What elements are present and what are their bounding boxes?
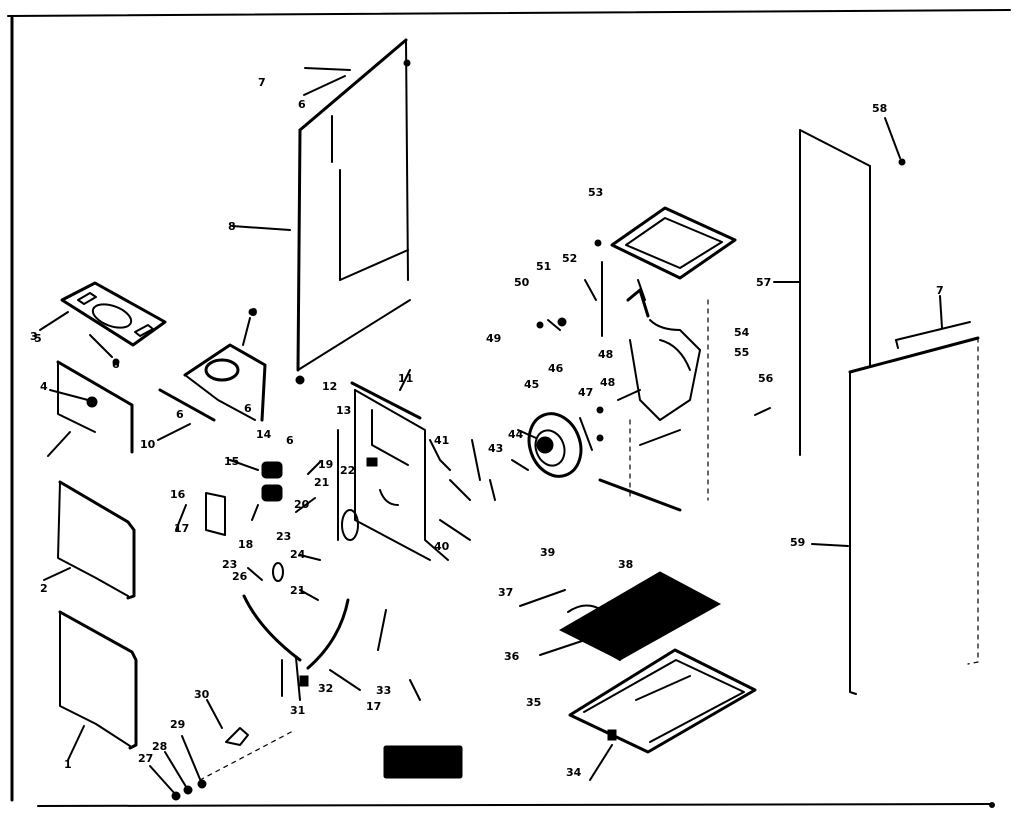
diagram-frame [8,10,1010,808]
callout-c4: 4 [40,380,48,393]
callout-c51: 51 [536,260,551,273]
callout-c54: 54 [734,326,750,339]
callout-c34: 34 [566,766,582,779]
callout-labels: 1234566666778910111213141516171718192021… [30,76,944,779]
callout-c30: 30 [194,688,210,701]
callout-c47: 47 [578,386,593,399]
callout-c6e: 6 [286,434,294,447]
callout-c17b: 17 [366,700,381,713]
callout-c56: 56 [758,372,774,385]
callout-c48a: 48 [598,348,613,361]
callout-c36: 36 [504,650,520,663]
part-burner-grille [520,572,720,660]
callout-c19: 19 [318,458,333,471]
callout-c6b: 6 [112,358,120,371]
callout-c15: 15 [224,455,239,468]
callout-c28: 28 [152,740,167,753]
callout-c2: 2 [40,582,48,595]
callout-c11: 11 [398,372,413,385]
callout-c46: 46 [548,362,564,375]
callout-c21b: 21 [290,584,305,597]
callout-c58: 58 [872,102,887,115]
callout-c55: 55 [734,346,749,359]
callout-c26: 26 [232,570,248,583]
part-rear-panel [232,40,410,384]
callout-c17a: 17 [174,522,189,535]
callout-c41: 41 [434,434,449,447]
part-inducer-motor [512,406,603,483]
part-control-panel [352,370,495,560]
callout-c5: 5 [34,332,42,345]
callout-c1: 1 [64,758,72,771]
part-door-panel-middle [44,482,134,598]
part-access-panel-upper [48,362,132,456]
callout-c31: 31 [290,704,305,717]
callout-c13: 13 [336,404,351,417]
callout-c57: 57 [756,276,771,289]
callout-c49: 49 [486,332,501,345]
callout-c7b: 7 [936,284,944,297]
part-blower-collar [158,309,265,440]
callout-c14: 14 [256,428,272,441]
callout-c6d: 6 [176,408,184,421]
callout-c33: 33 [376,684,391,697]
callout-c7a: 7 [258,76,266,89]
callout-c18: 18 [238,538,253,551]
callout-c40: 40 [434,540,450,553]
callout-c21a: 21 [314,476,329,489]
callout-c12: 12 [322,380,337,393]
callout-c8: 8 [228,220,236,233]
callout-c20: 20 [294,498,310,511]
part-gas-valve-assembly [150,700,295,800]
part-side-panel-57 [774,118,905,455]
callout-c23b: 23 [276,530,291,543]
callout-c48b: 48 [600,376,615,389]
callout-c16: 16 [170,488,186,501]
callout-c22: 22 [340,464,355,477]
callout-c44: 44 [508,428,524,441]
callout-c43: 43 [488,442,503,455]
part-bottom-pan [570,650,755,780]
callout-c50: 50 [514,276,530,289]
callout-c29: 29 [170,718,185,731]
callout-c53: 53 [588,186,603,199]
part-front-door-59 [812,296,978,694]
callout-c52: 52 [562,252,577,265]
label-plate [384,746,462,778]
part-blower-motor-cluster [176,430,358,600]
callout-c27: 27 [138,752,153,765]
callout-c39: 39 [540,546,555,559]
part-top-plate-vent [40,283,165,365]
callout-c35: 35 [526,696,541,709]
callout-c24: 24 [290,548,306,561]
callout-c9: 9 [250,306,258,319]
callout-c6c: 6 [244,402,252,415]
callout-c59: 59 [790,536,805,549]
callout-c38: 38 [618,558,633,571]
callout-c32: 32 [318,682,333,695]
callout-c45: 45 [524,378,539,391]
furnace-exploded-diagram: 1234566666778910111213141516171718192021… [0,0,1024,820]
callout-c6a: 6 [298,98,306,111]
callout-c10: 10 [140,438,156,451]
part-door-panel-lower [60,612,136,760]
callout-c37: 37 [498,586,513,599]
